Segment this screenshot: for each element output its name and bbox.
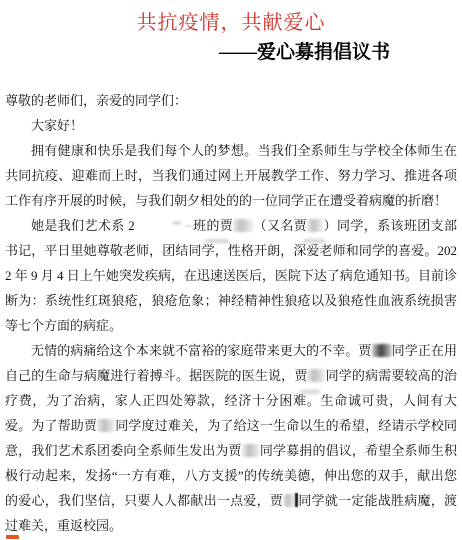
redacted-class-number (135, 219, 193, 232)
redacted-student-name (307, 369, 325, 382)
text-segment: （又名贾 (253, 218, 307, 233)
text-segment: 班的贾 (193, 218, 234, 233)
redacted-student-name (283, 494, 295, 507)
document-page: 共抗疫情，共献爱心 ——爱心募捐倡议书 尊敬的老师们，亲爱的同学们： 大家好！ … (0, 0, 462, 540)
document-title: 共抗疫情，共献爱心 (0, 8, 462, 38)
redacted-student-name (233, 219, 253, 232)
redacted-student-name (372, 344, 392, 357)
salutation-line: 尊敬的老师们，亲爱的同学们： (5, 88, 457, 113)
redaction-remnant-smudge (205, 239, 229, 243)
text-segment: ）同学，系该班团支部书记，平日里她尊敬老师，团结同学，性格开朗，深爱老师和同学的… (5, 218, 457, 333)
redacted-student-name (242, 444, 260, 457)
paragraph-dream: 拥有健康和快乐是我们每个人的梦想。当我们全系师生与学校全体师生在共同抗疫、迎难而… (5, 138, 457, 213)
text-segment: 无情的病痛给这个本来就不富裕的家庭带来更大的不幸。贾 (31, 343, 372, 358)
paragraph-student-intro: 她是我们艺术系 2班的贾（又名贾）同学，系该班团支部书记，平日里她尊敬老师，团结… (5, 213, 457, 338)
letter-body: 尊敬的老师们，亲爱的同学们： 大家好！ 拥有健康和快乐是我们每个人的梦想。当我们… (0, 88, 462, 538)
redaction-bar-mark (295, 493, 298, 507)
document-subtitle: ——爱心募捐倡议书 (0, 38, 462, 68)
redacted-student-alias (307, 219, 323, 232)
redaction-remnant-smudge (300, 390, 320, 394)
cutoff-highlight-mark (6, 535, 19, 539)
paragraph-appeal: 无情的病痛给这个本来就不富裕的家庭带来更大的不幸。贾同学正在用自己的生命与病魔进… (5, 338, 457, 538)
redaction-remnant-smudge (303, 239, 325, 243)
text-segment: 她是我们艺术系 2 (31, 218, 135, 233)
redacted-student-name (97, 419, 115, 432)
greeting-line: 大家好！ (5, 113, 457, 138)
